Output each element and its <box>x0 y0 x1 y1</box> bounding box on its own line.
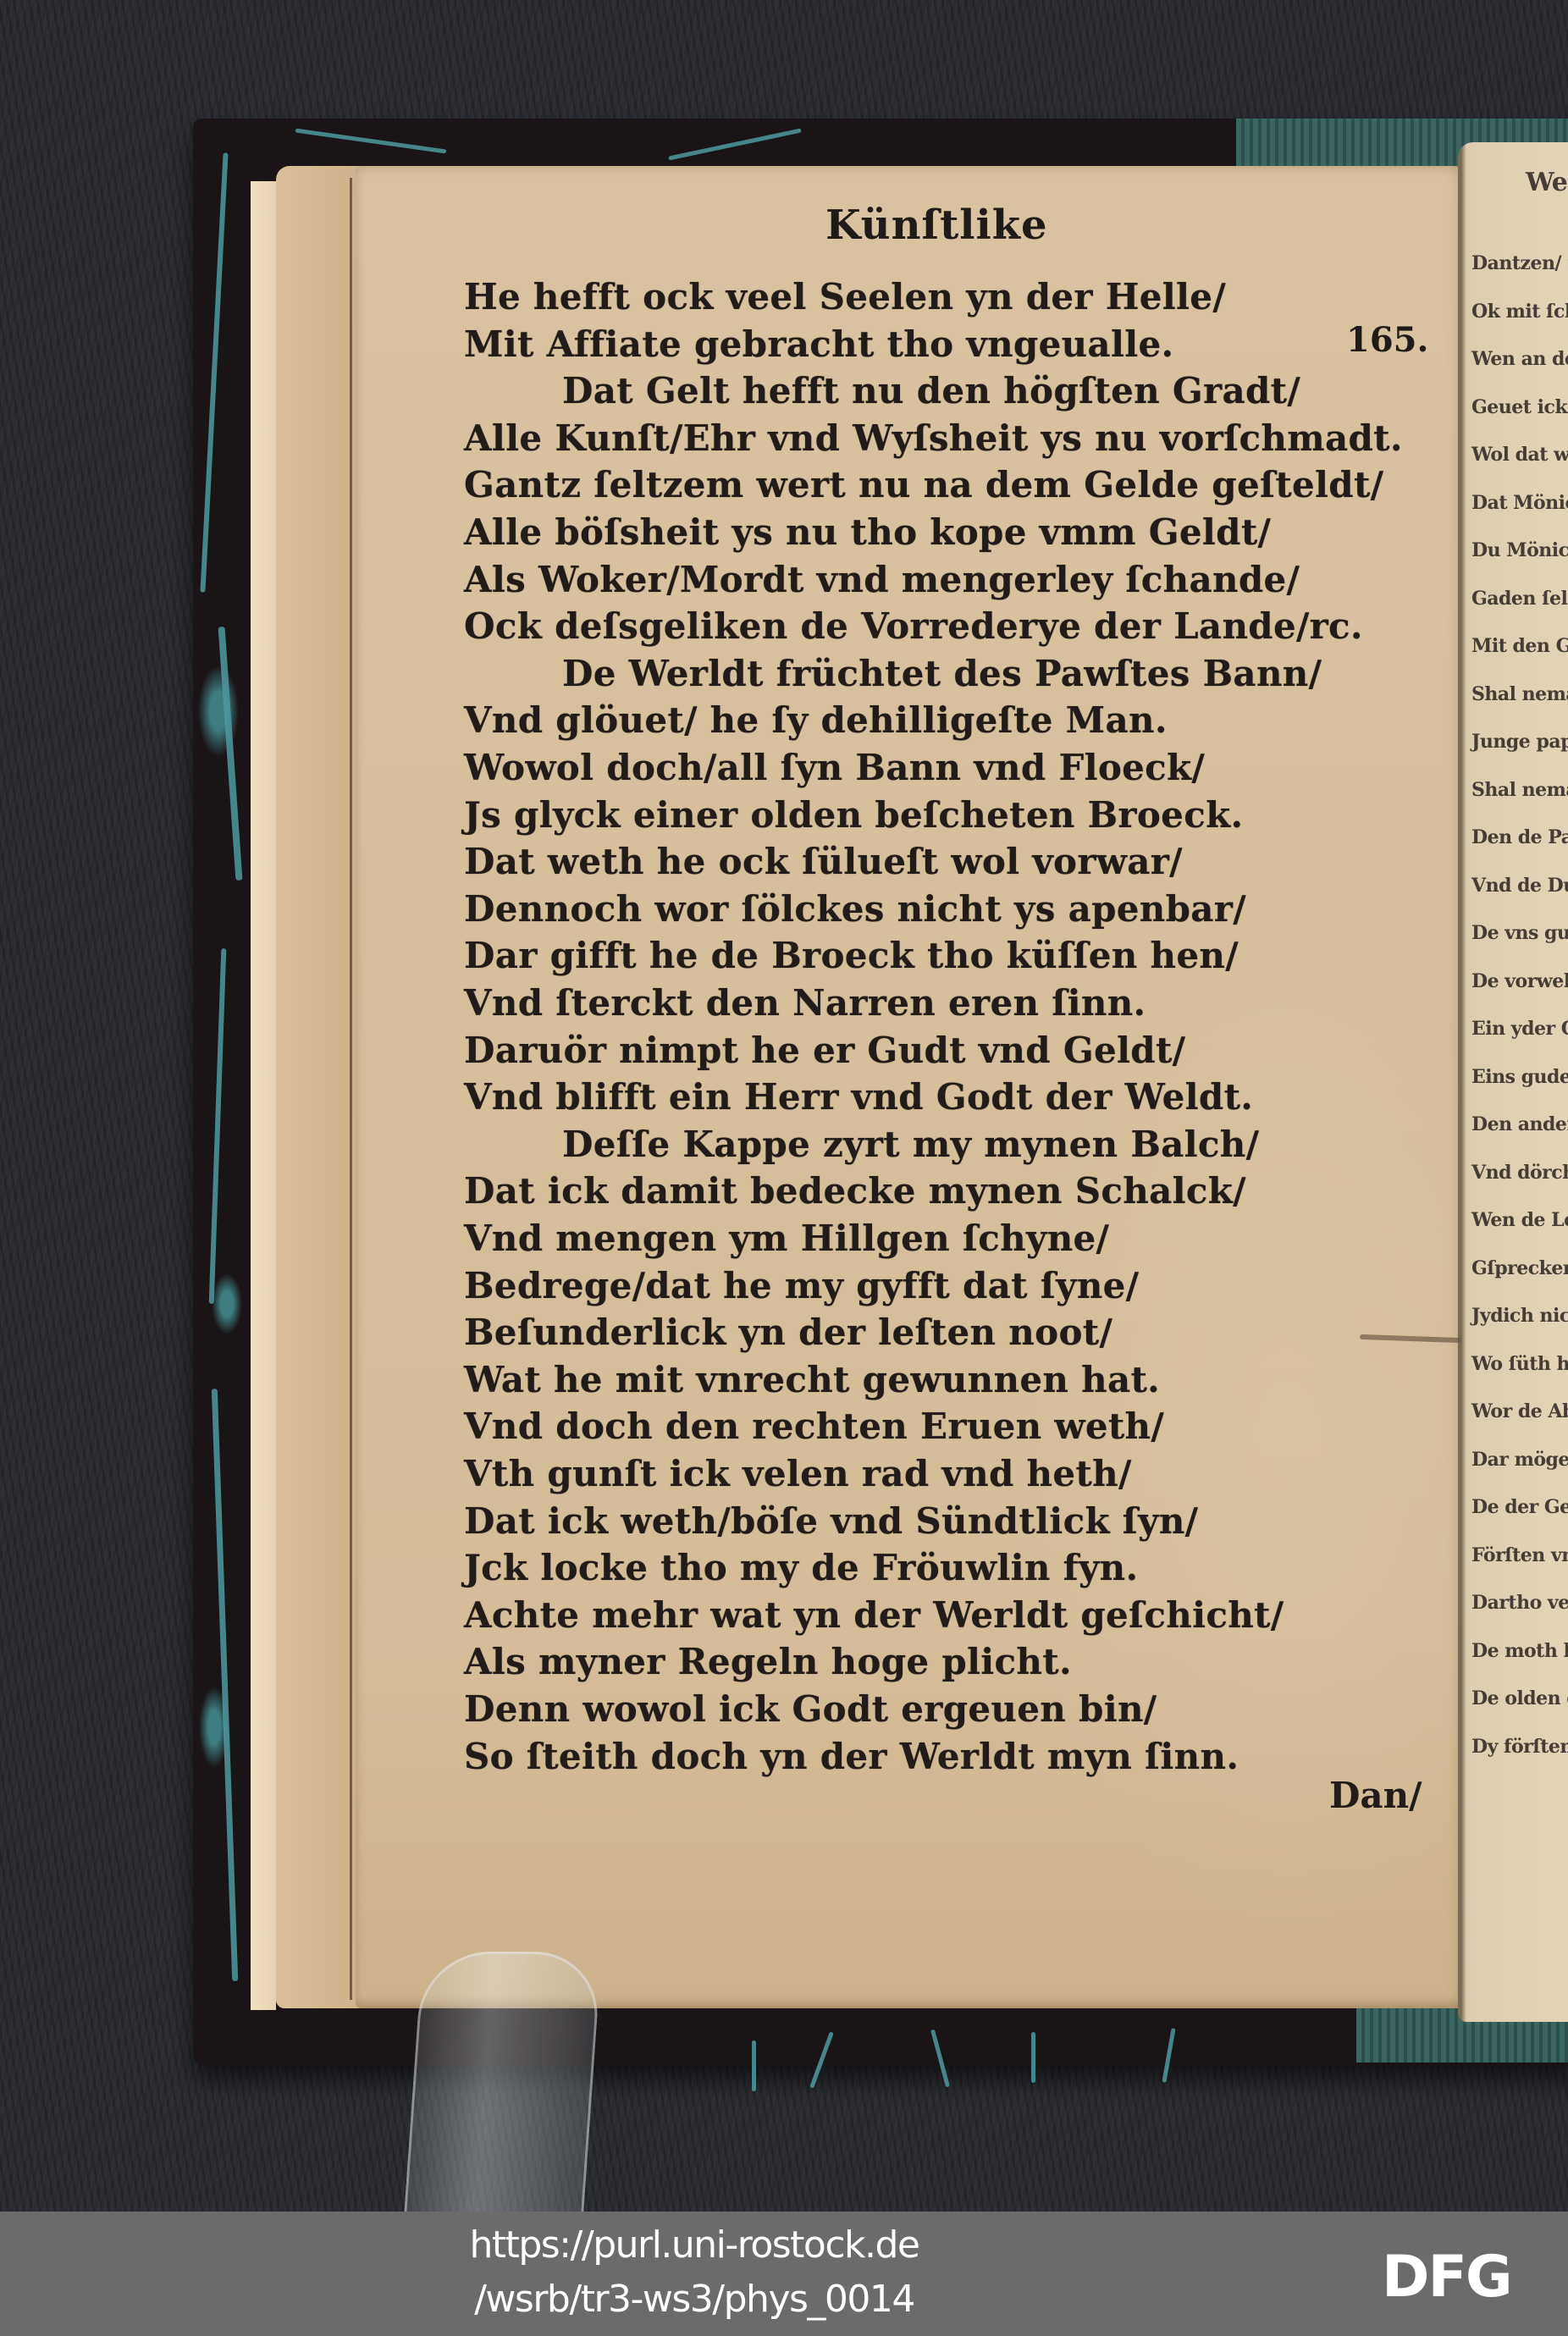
verse-line: Denn wowol ick Godt ergeuen bin/ <box>464 1692 1157 1727</box>
verse-line: Vnd mengen ym Hillgen ſchyne/ <box>464 1221 1109 1256</box>
facing-page-line: De olden ge <box>1471 1687 1568 1709</box>
verse-line: Wat he mit vnrecht gewunnen hat. <box>464 1362 1160 1398</box>
verse-line: Jck locke tho my de Fröuwlin fyn. <box>464 1550 1138 1586</box>
verse-line: Dennoch wor ſölckes nicht ys apenbar/ <box>464 892 1246 927</box>
verse-line: Gantz ſeltzem wert nu na dem Gelde geſte… <box>464 467 1383 503</box>
verse-line: Alle böſsheit ys nu tho kope vmm Geldt/ <box>464 515 1271 550</box>
verse-line: Alle Kunſt/Ehr vnd Wyſsheit ys nu vorſch… <box>464 421 1403 456</box>
verse-line: Vnd blifft ein Herr vnd Godt der Weldt. <box>464 1080 1253 1115</box>
verse-line: Js glyck einer olden beſcheten Broeck. <box>464 798 1243 833</box>
running-head: Künſtlike <box>825 202 1048 249</box>
facing-page-line: De moth lyden <box>1471 1640 1568 1662</box>
verse-line: Als Woker/Mordt vnd mengerley ſchande/ <box>464 562 1300 598</box>
facing-page-line: Vnd dörch ere wer <box>1471 1162 1568 1184</box>
facing-page-line: Wer <box>1526 168 1568 197</box>
facing-page-line: Wen an der Carthuſ <box>1471 348 1568 370</box>
facing-page-line: De der Gem <box>1471 1496 1568 1518</box>
verse-line: Vnd ſterckt den Narren eren ſinn. <box>464 986 1146 1021</box>
facing-page-line: Junge papen/ <box>1471 731 1568 753</box>
facing-page-line: De vns gude <box>1471 922 1568 944</box>
verse-line: Bedrege/dat he my gyfft dat ſyne/ <box>464 1268 1139 1304</box>
verse-line: Dat Gelt hefft nu den högſten Gradt/ <box>562 373 1300 409</box>
dfg-logo: DFG <box>1382 2244 1511 2311</box>
facing-page-line: Geuet ick vorlang <box>1471 396 1568 418</box>
verse-line: Wowol doch/all ſyn Bann vnd Floeck/ <box>464 750 1205 786</box>
transparent-page-clip <box>404 1952 602 2214</box>
verse-line: Vth gunſt ick velen rad vnd heth/ <box>464 1456 1132 1492</box>
facing-page-line: Wo ſüth he ſynen <box>1471 1353 1568 1375</box>
verse-line: Beſunderlick yn der leſten noot/ <box>464 1315 1113 1350</box>
facing-page-line: Dy förſten Deue <box>1471 1736 1568 1758</box>
facing-page-line: Vnd de Duuen einen <box>1471 875 1568 897</box>
verse-line: Dat ick weth/böſe vnd Sündtlick ſyn/ <box>464 1504 1198 1539</box>
facing-page-line: Shal nemande yn ſ <box>1471 779 1568 801</box>
verse-line: Dat weth he ock ſülueſt wol vorwar/ <box>464 844 1183 880</box>
facing-page-line: Mit den Geiſt <box>1471 635 1568 657</box>
facing-page-line: Eins gudes frem <box>1471 1066 1568 1088</box>
verse-line: Dat ick damit bedecke mynen Schalck/ <box>464 1174 1246 1209</box>
facing-page-line: Gaden ſelden an g <box>1471 588 1568 610</box>
verse-line: Mit Affiate gebracht tho vngeualle. <box>464 327 1173 362</box>
facing-page-line: Wen de Leyen <box>1471 1209 1568 1231</box>
facing-page-line: Dartho veel Vte <box>1471 1592 1568 1614</box>
permalink-line-2: /wsrb/tr3-ws3/phys_0014 <box>423 2272 965 2327</box>
facing-page-line: Gſprecken ſe den <box>1471 1257 1568 1279</box>
facing-page-line: Dar mögen de Br <box>1471 1449 1568 1471</box>
verse-line: Vnd glöuet/ he ſy dehilligeſte Man. <box>464 703 1168 738</box>
verse-line: Daruör nimpt he er Gudt vnd Geldt/ <box>464 1033 1185 1069</box>
permalink[interactable]: https://purl.uni-rostock.de /wsrb/tr3-ws… <box>423 2218 965 2327</box>
facing-page-line: Ein yder Chriſt <box>1471 1018 1568 1040</box>
facing-page-line: Förſten vnd Heren <box>1471 1544 1568 1566</box>
facing-page-line: Wol dat wil he <box>1471 444 1568 466</box>
facing-page-line: Wor de Abbe de <box>1471 1400 1568 1422</box>
facing-page-line: Den ander twöl <box>1471 1113 1568 1135</box>
page-stack <box>276 166 361 2008</box>
verse-line: Vnd doch den rechten Eruen weth/ <box>464 1409 1164 1444</box>
facing-page-line: Den de Papen laten <box>1471 826 1568 848</box>
facing-page-line: Shal nemandt be <box>1471 683 1568 705</box>
permalink-line-1: https://purl.uni-rostock.de <box>423 2218 965 2272</box>
facing-page-line: Jydich nicht ein Ge <box>1471 1305 1568 1327</box>
facing-page-line: De vorweldſchen <box>1471 970 1568 992</box>
verse-line: Deſſe Kappe zyrt my mynen Balch/ <box>562 1127 1259 1162</box>
facing-page-line: Dat Mönicke vnd <box>1471 492 1568 514</box>
facing-page-line: Dantzen/ ſingen <box>1471 252 1568 274</box>
verse-line: Achte mehr wat yn der Werldt geſchicht/ <box>464 1598 1284 1633</box>
verse-line: De Werldt früchtet des Pawſtes Bann/ <box>562 656 1322 692</box>
page-stack-edge <box>251 181 276 2010</box>
page-number: 165. <box>1346 320 1428 360</box>
catchword: Dan/ <box>1329 1775 1422 1816</box>
facing-page: WerDantzen/ ſingenOk mit ſchönen FrowWen… <box>1458 142 1568 2022</box>
verse-line: Dar gifft he de Broeck tho küſſen hen/ <box>464 938 1239 974</box>
facing-page-line: Ok mit ſchönen Frow <box>1471 301 1568 323</box>
verse-line: Ock deſsgeliken de Vorrederye der Lande/… <box>464 609 1363 644</box>
verse-line: He hefft ock veel Seelen yn der Helle/ <box>464 279 1226 315</box>
verse-line: So ſteith doch yn der Werldt myn ſinn. <box>464 1739 1239 1775</box>
verse-line: Als myner Regeln hoge plicht. <box>464 1644 1072 1680</box>
facing-page-line: Du Mönicke/ Wö <box>1471 539 1568 561</box>
